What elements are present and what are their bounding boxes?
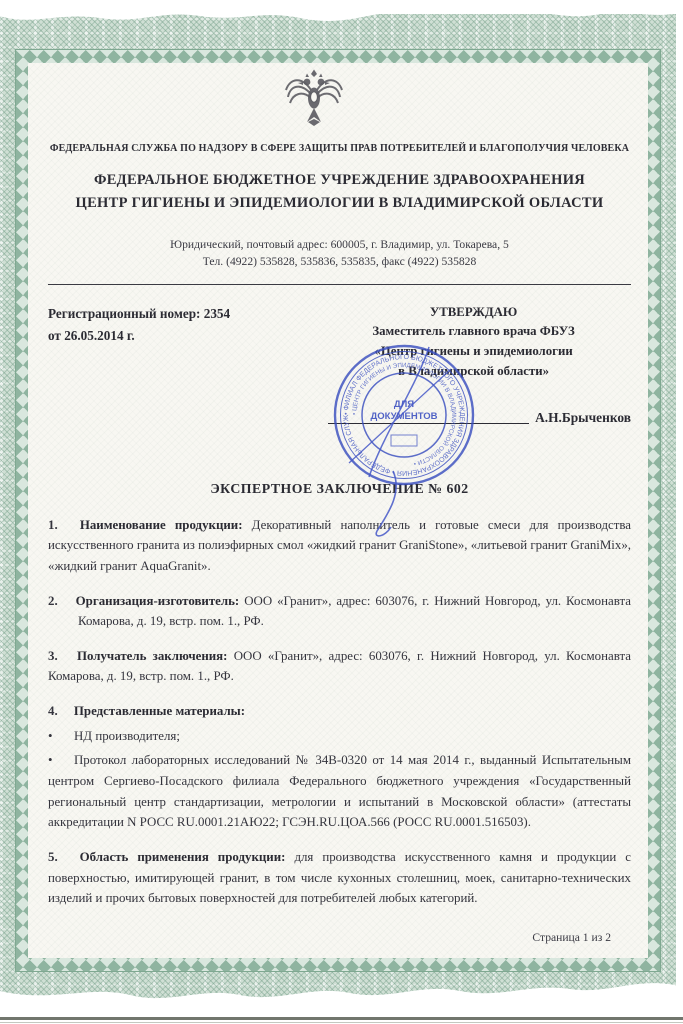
approval-line-1: Заместитель главного врача ФБУЗ bbox=[316, 322, 631, 342]
section-1-number: 1. bbox=[48, 518, 58, 532]
section-5-lead: Область применения продукции: bbox=[80, 850, 286, 864]
section-3-number: 3. bbox=[48, 649, 58, 663]
emblem-wrap bbox=[22, 68, 605, 128]
document-body: 1. Наименование продукции: Декоративный … bbox=[48, 515, 631, 909]
section-4-lead: Представленные материалы: bbox=[74, 704, 245, 718]
bullet-icon: • bbox=[48, 750, 74, 771]
section-5-number: 5. bbox=[48, 850, 58, 864]
section-2: 2. Организация-изготовитель: ООО «Гранит… bbox=[48, 591, 631, 632]
section-2-number: 2. bbox=[48, 594, 58, 608]
institution-line-1: ФЕДЕРАЛЬНОЕ БЮДЖЕТНОЕ УЧРЕЖДЕНИЕ ЗДРАВОО… bbox=[48, 169, 631, 192]
header-divider bbox=[48, 284, 631, 285]
registration-date: от 26.05.2014 г. bbox=[48, 325, 316, 347]
scan-bottom-line-light bbox=[0, 1022, 683, 1023]
section-3-lead: Получатель заключения: bbox=[77, 649, 228, 663]
signer-name: А.Н.Брыченков bbox=[535, 408, 631, 429]
institution-line-2: ЦЕНТР ГИГИЕНЫ И ЭПИДЕМИОЛОГИИ В ВЛАДИМИР… bbox=[48, 192, 631, 215]
stamp-center-emblem bbox=[391, 435, 417, 446]
institution-header: ФЕДЕРАЛЬНОЕ БЮДЖЕТНОЕ УЧРЕЖДЕНИЕ ЗДРАВОО… bbox=[48, 169, 631, 216]
section-4-bullet-1: •НД производителя; bbox=[48, 726, 631, 747]
agency-header: ФЕДЕРАЛЬНАЯ СЛУЖБА ПО НАДЗОРУ В СФЕРЕ ЗА… bbox=[48, 143, 631, 154]
page-indicator: Страница 1 из 2 bbox=[532, 931, 611, 944]
section-4: 4. Представленные материалы: bbox=[48, 701, 631, 722]
stamp-icon: • ФИЛИАЛ ФЕДЕРАЛЬНОГО БЮДЖЕТНОГО УЧРЕЖДЕ… bbox=[331, 343, 483, 543]
section-3: 3. Получатель заключения: ООО «Гранит», … bbox=[48, 646, 631, 687]
section-5: 5. Область применения продукции: для про… bbox=[48, 847, 631, 909]
address-block: Юридический, почтовый адрес: 600005, г. … bbox=[48, 237, 631, 271]
certificate-content: ФЕДЕРАЛЬНАЯ СЛУЖБА ПО НАДЗОРУ В СФЕРЕ ЗА… bbox=[48, 63, 631, 958]
section-4-bullet-1-text: НД производителя; bbox=[74, 729, 180, 743]
double-headed-eagle-icon bbox=[282, 68, 346, 128]
section-4-bullet-2: •Протокол лабораторных исследований № 34… bbox=[48, 750, 631, 833]
registration-block: Регистрационный номер: 2354 от 26.05.201… bbox=[48, 303, 316, 348]
registration-number: Регистрационный номер: 2354 bbox=[48, 303, 316, 325]
section-1-lead: Наименование продукции: bbox=[80, 518, 243, 532]
certificate-paper: ФЕДЕРАЛЬНАЯ СЛУЖБА ПО НАДЗОРУ В СФЕРЕ ЗА… bbox=[28, 63, 648, 958]
approve-label: УТВЕРЖДАЮ bbox=[316, 303, 631, 323]
bullet-icon: • bbox=[48, 726, 74, 747]
phone-line: Тел. (4922) 535828, 535836, 535835, факс… bbox=[48, 254, 631, 271]
section-2-lead: Организация-изготовитель: bbox=[76, 594, 240, 608]
section-4-number: 4. bbox=[48, 704, 58, 718]
address-line: Юридический, почтовый адрес: 600005, г. … bbox=[48, 237, 631, 254]
scan-bottom-line bbox=[0, 1017, 683, 1020]
section-4-bullet-2-text: Протокол лабораторных исследований № 34В… bbox=[48, 753, 631, 829]
official-stamp: • ФИЛИАЛ ФЕДЕРАЛЬНОГО БЮДЖЕТНОГО УЧРЕЖДЕ… bbox=[331, 343, 483, 543]
